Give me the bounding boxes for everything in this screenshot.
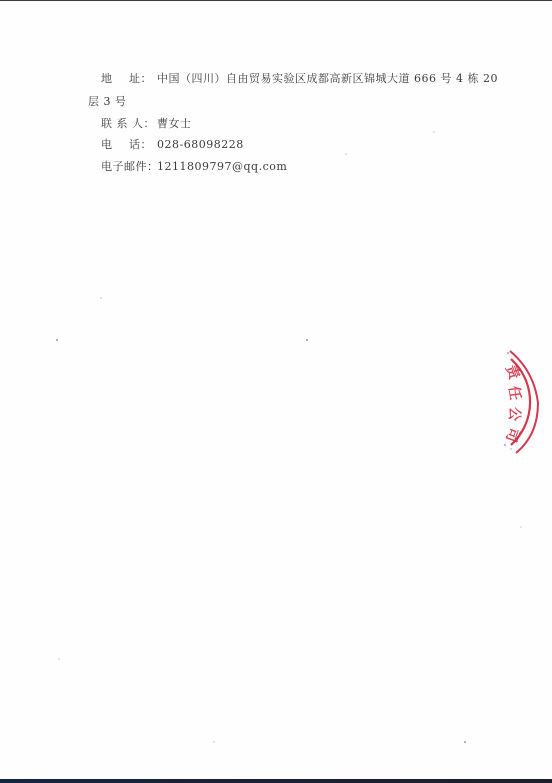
scan-speck [306, 339, 308, 341]
phone-label: 电话： [101, 138, 157, 152]
contact-value: 曹女士 [157, 117, 192, 130]
scan-speck [520, 526, 522, 528]
email-label: 电子邮件： [101, 160, 157, 174]
phone-value: 028-68098228 [157, 138, 244, 151]
address-value: 中国（四川）自由贸易实验区成都高新区锦城大道 666 号 4 栋 20 [157, 72, 498, 85]
scan-speck [464, 741, 466, 743]
contact-label: 联 系 人： [101, 117, 157, 131]
svg-text:任: 任 [505, 385, 524, 401]
address-continuation: 层 3 号 [88, 95, 127, 109]
address-label: 地址： [101, 72, 157, 86]
document-page: 地址：中国（四川）自由贸易实验区成都高新区锦城大道 666 号 4 栋 20 层… [0, 1, 552, 779]
email-line: 电子邮件：1211809797@qq.com [101, 160, 287, 174]
scan-speck [345, 153, 347, 155]
scan-speck [433, 131, 435, 133]
svg-text:责: 责 [502, 363, 523, 383]
scan-speck [58, 658, 60, 660]
phone-line: 电话：028-68098228 [101, 138, 244, 152]
scan-speck [56, 339, 58, 341]
scan-speck [100, 297, 102, 299]
email-value: 1211809797@qq.com [157, 160, 287, 173]
svg-text:公: 公 [505, 406, 522, 422]
company-seal-stamp: 责 任 公 司 责任公司 [500, 341, 552, 456]
seal-graphic: 责 任 公 司 责任公司 [500, 341, 552, 456]
bottom-edge-band [0, 779, 552, 783]
contact-line: 联 系 人：曹女士 [101, 117, 192, 131]
svg-text:司: 司 [502, 425, 523, 444]
scan-speck [213, 741, 215, 743]
address-line: 地址：中国（四川）自由贸易实验区成都高新区锦城大道 666 号 4 栋 20 [101, 72, 498, 86]
